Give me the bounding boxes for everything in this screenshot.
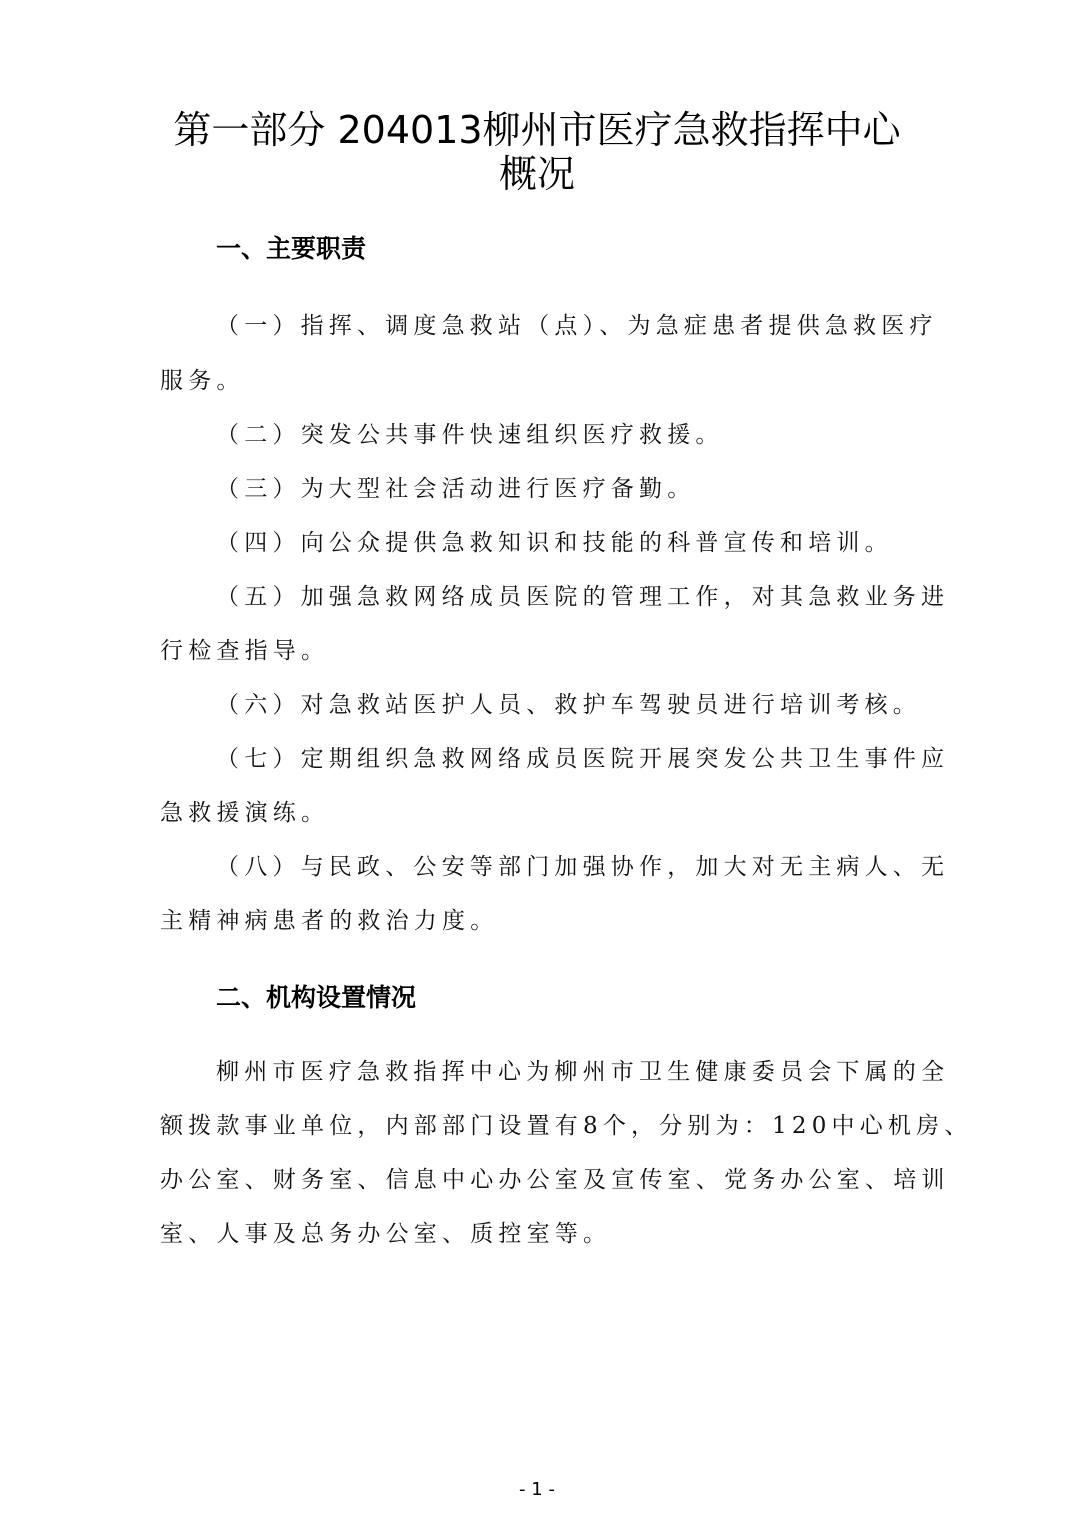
duty-item-3: （三）为大型社会活动进行医疗备勤。 [216,474,695,504]
organization-paragraph-line-4: 室、人事及总务办公室、质控室等。 [160,1219,611,1249]
duty-item-5: （五）加强急救网络成员医院的管理工作，对其急救业务进 [216,582,949,612]
duty-item-7-cont: 急救援演练。 [160,798,329,828]
duty-item-4: （四）向公众提供急救知识和技能的科普宣传和培训。 [216,528,893,558]
organization-paragraph-line-2: 额拨款事业单位，内部部门设置有8个，分别为：120中心机房、 [160,1111,973,1141]
duty-item-6: （六）对急救站医护人员、救护车驾驶员进行培训考核。 [216,690,921,720]
duty-item-1-cont: 服务。 [160,366,245,396]
document-title-line-1: 第一部分 204013柳州市医疗急救指挥中心 [0,107,1074,153]
document-page: 第一部分 204013柳州市医疗急救指挥中心 概况 一、主要职责 （一）指挥、调… [0,0,1074,1520]
duty-item-2: （二）突发公共事件快速组织医疗救援。 [216,420,724,450]
organization-paragraph-line-1: 柳州市医疗急救指挥中心为柳州市卫生健康委员会下属的全 [216,1057,949,1087]
duty-item-1: （一）指挥、调度急救站（点）、为急症患者提供急救医疗 [216,311,938,341]
section-heading-organization: 二、机构设置情况 [216,982,416,1014]
page-number: - 1 - [0,1479,1074,1500]
organization-paragraph-line-3: 办公室、财务室、信息中心办公室及宣传室、党务办公室、培训 [160,1165,950,1195]
duty-item-8: （八）与民政、公安等部门加强协作，加大对无主病人、无 [216,852,949,882]
section-heading-main-duties: 一、主要职责 [216,233,366,265]
duty-item-5-cont: 行检查指导。 [160,636,329,666]
document-title-line-2: 概况 [0,151,1074,197]
duty-item-8-cont: 主精神病患者的救治力度。 [160,906,498,936]
duty-item-7: （七）定期组织急救网络成员医院开展突发公共卫生事件应 [216,744,949,774]
